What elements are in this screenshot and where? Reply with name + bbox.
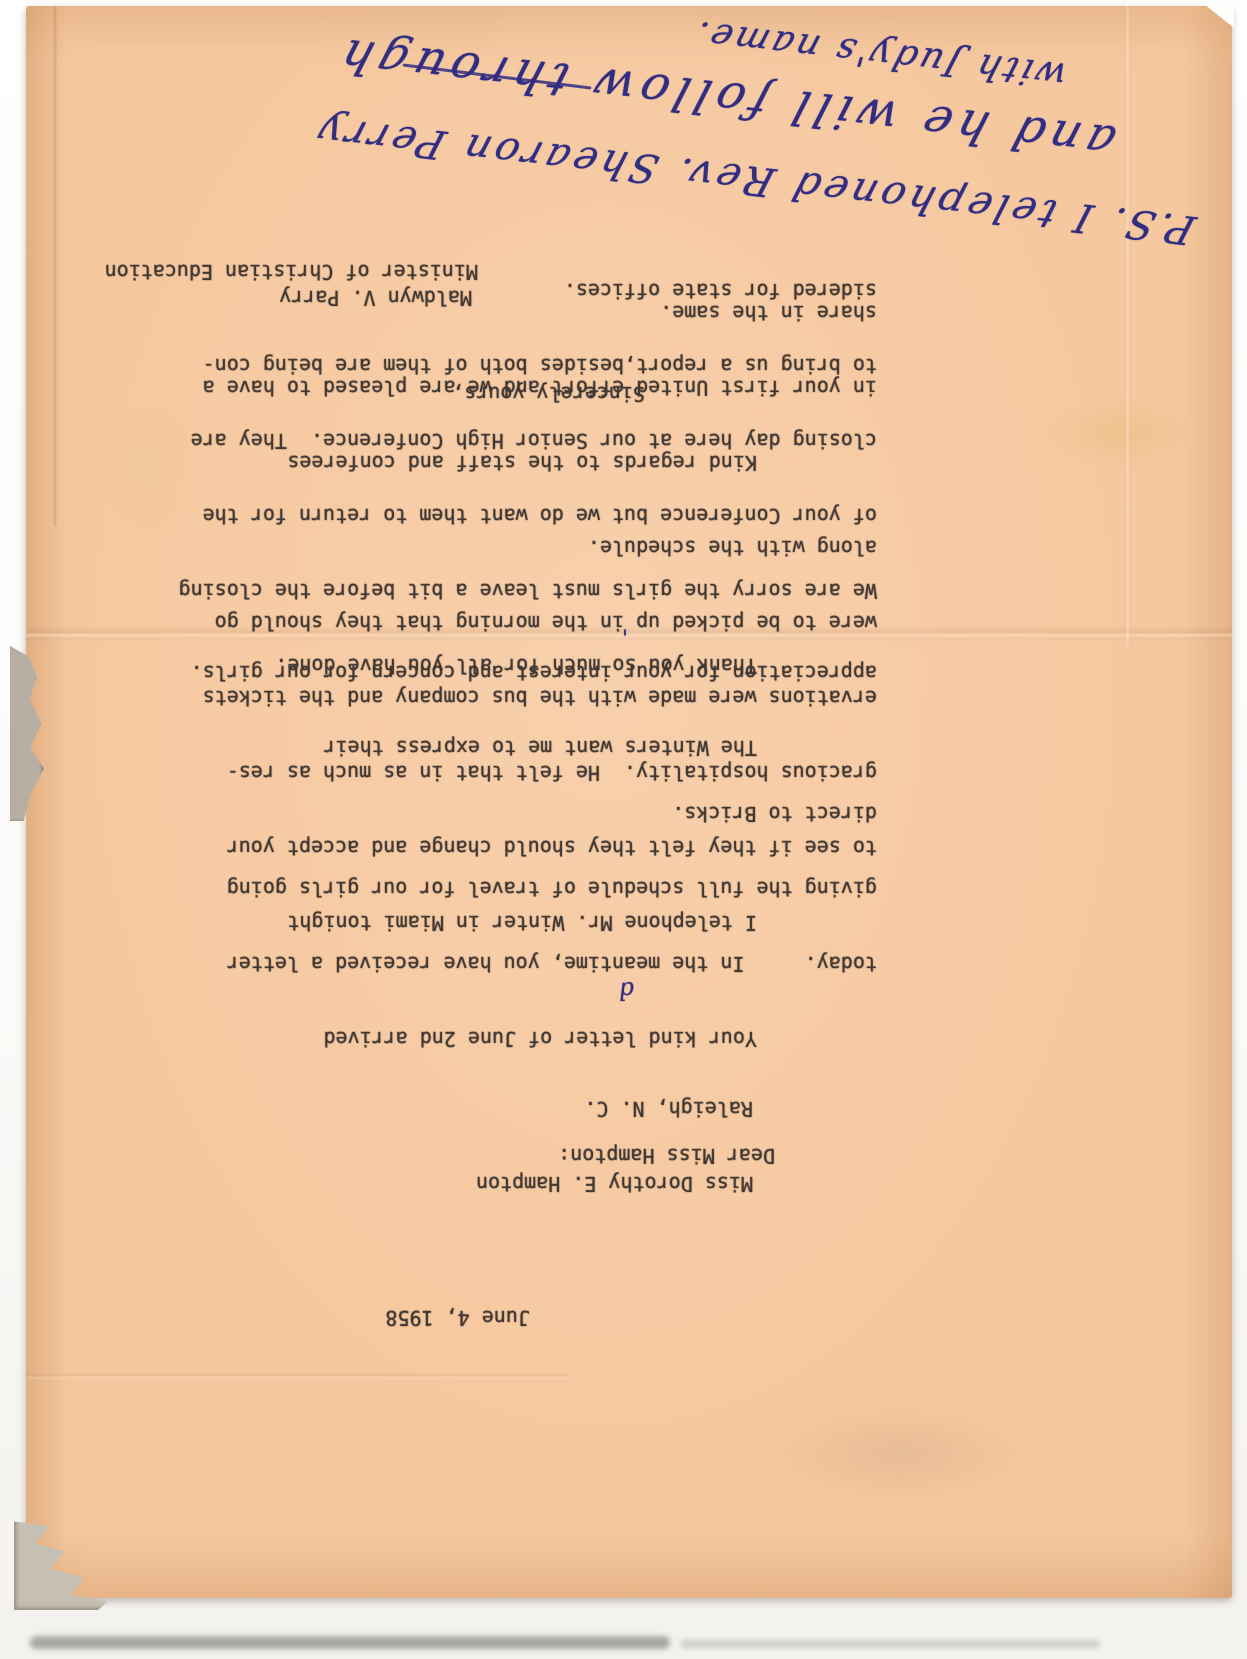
typed-line: Your kind letter of June 2nd arrived — [227, 1026, 877, 1051]
signature-title: Minister of Christian Education — [105, 259, 478, 284]
scan-edge-shadow-right — [680, 1640, 1100, 1648]
complimentary-closing: Sincerely yours, — [452, 381, 645, 406]
scanner-background: June 4, 1958 Miss Dorothy E. Hampton Ral… — [0, 0, 1247, 1659]
letter-date: June 4, 1958 — [386, 1305, 531, 1330]
typed-line: Kind regards to the staff and conferees — [203, 450, 877, 475]
scan-edge-shadow — [30, 1636, 670, 1649]
salutation: Dear Miss Hampton: — [558, 1143, 775, 1168]
typed-line: Thank you so much for all you have done. — [179, 653, 877, 678]
typed-line: We are sorry the girls must leave a bit … — [179, 578, 877, 603]
typed-line: to see if they felt they should change a… — [203, 835, 877, 860]
handwritten-ink-mark: ' — [622, 613, 628, 638]
handwritten-inserted-d: d — [618, 976, 635, 1005]
signature-name: Maldwyn V. Parry — [279, 285, 472, 310]
typed-line: The Winters want me to express their — [191, 735, 877, 760]
recipient-name: Miss Dorothy E. Hampton — [476, 1171, 753, 1196]
letter-paper: June 4, 1958 Miss Dorothy E. Hampton Ral… — [26, 6, 1232, 1598]
typed-line: I telephone Mr. Winter in Miami tonight — [203, 910, 877, 935]
letter-content-rotated-180: June 4, 1958 Miss Dorothy E. Hampton Ral… — [26, 6, 1232, 1598]
